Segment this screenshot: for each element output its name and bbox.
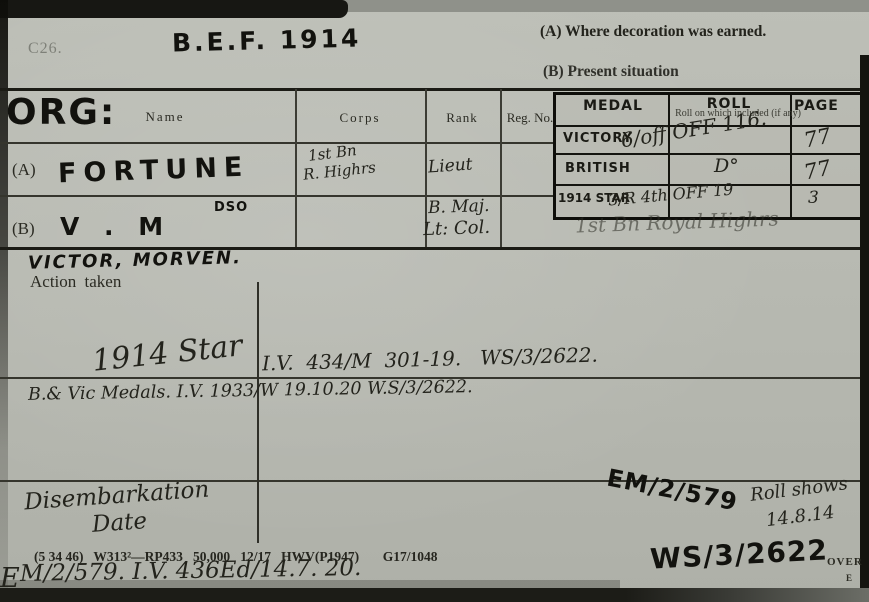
column-header-regno: Reg. No. [501,110,559,126]
victory-row-underline [556,153,866,155]
victory-page-entry: 77 [802,123,833,152]
top-edge-dark-band [0,0,348,18]
medal-roll-table: MEDAL ROLL PAGE Roll on which included (… [553,92,869,220]
note-present-situation: (B) Present situation [543,63,679,81]
over-label: OVER [827,556,863,568]
row-a-label: (A) [12,160,36,180]
over-label-e: E [846,573,852,583]
british-page-entry: 77 [802,155,833,184]
ref-ws-number: WS/3/2622 [649,533,828,575]
bottom-edge-band [0,588,869,602]
org-label: ORG: [6,92,116,133]
row-a-rank: Lieut [427,154,473,177]
column-header-underline [0,142,555,144]
roll-shows-note-line2: 14.8.14 [765,502,836,531]
action-victory-medals-detail: B.& Vic Medals. I.V. 1933/W 19.10.20 W.S… [28,377,473,405]
row-a-surname: FORTUNE [58,152,250,190]
card-ref-number: C26. [28,40,63,58]
ref-em-number: EM/2/579 [605,464,741,517]
star-page-entry: 3 [808,188,819,208]
column-header-name: Name [120,109,210,125]
row-b-rank-line1: B. Maj. [428,196,490,218]
row-b-label: (B) [12,219,35,239]
column-header-rank: Rank [430,110,494,126]
footer-handwritten-e: E [0,563,20,594]
right-edge-strip [860,55,869,602]
roll-shows-note-line1: Roll shows [749,473,849,506]
action-1914-star-detail: I.V. 434/M 301-19. WS/3/2622. [262,343,598,376]
medal-row-british-label: BRITISH [565,161,631,176]
row-b-decoration: DSO [214,200,248,215]
row-b-initials: V . M [60,212,171,241]
full-name: VICTOR, MORVEN. [28,247,242,274]
note-where-earned: (A) Where decoration was earned. [540,23,766,41]
campaign-title: B.E.F. 1914 [172,24,362,58]
medal-index-card: C26. B.E.F. 1914 (A) Where decoration wa… [0,0,869,602]
action-area-divider [257,282,259,543]
action-1914-star: 1914 Star [91,328,245,379]
name-corps-divider [295,89,297,247]
row-b-rank-line2: Lt: Col. [423,217,491,240]
disembarkation-label-line2: Date [91,508,148,538]
british-roll-entry: D° [714,155,739,177]
column-header-corps: Corps [315,110,405,126]
action-taken-label: Action taken [30,272,121,292]
header-divider-line [0,88,862,91]
